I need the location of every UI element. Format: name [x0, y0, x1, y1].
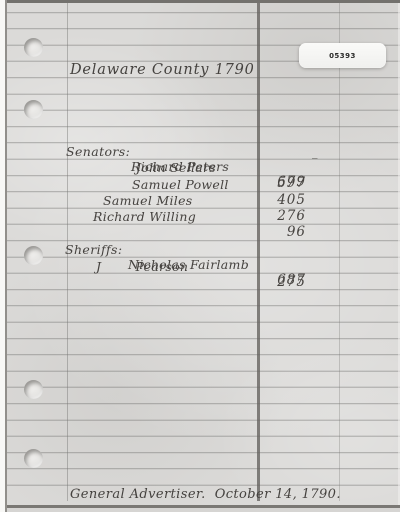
ledger-paper: 05393 Delaware County 1790 Senators: Ric… [7, 3, 400, 505]
ledger-row-senator-1: Senators: Richard Peters 679 [7, 129, 400, 146]
vote-count: 275 [256, 274, 306, 290]
ledger-row-senator-5: Richard Willing 96 [7, 194, 400, 211]
catalog-sticker: 05393 [299, 43, 386, 68]
tally-mark: _ [312, 146, 318, 159]
scan-left-edge [0, 0, 7, 512]
hole-punch-3 [24, 246, 43, 265]
ledger-row-sheriff-1: Sheriffs: Nicholas Fairlamb 687 [7, 227, 400, 244]
ledger-row-senator-3: Samuel Powell 405 [7, 162, 400, 179]
page-title: Delaware County 1790 [70, 62, 255, 78]
candidate-name: J Pearson [96, 259, 188, 274]
scan-bottom-margin [7, 508, 400, 512]
catalog-number: 05393 [329, 52, 356, 60]
source-citation: General Advertiser. October 14, 1790. [70, 487, 341, 502]
ledger-row-sheriff-2: J Pearson 275 [7, 244, 400, 261]
hole-punch-5 [24, 449, 43, 468]
hole-punch-4 [24, 380, 43, 399]
ledger-row-senator-2: John Sellars 597 _ [7, 145, 400, 162]
candidate-name: Richard Willing [93, 209, 196, 224]
hole-punch-2 [24, 100, 43, 119]
hole-punch-1 [24, 38, 43, 57]
scanned-document-page: 05393 Delaware County 1790 Senators: Ric… [0, 0, 400, 512]
ledger-row-senator-4: Samuel Miles 276 [7, 178, 400, 195]
scan-top-edge [7, 0, 400, 3]
